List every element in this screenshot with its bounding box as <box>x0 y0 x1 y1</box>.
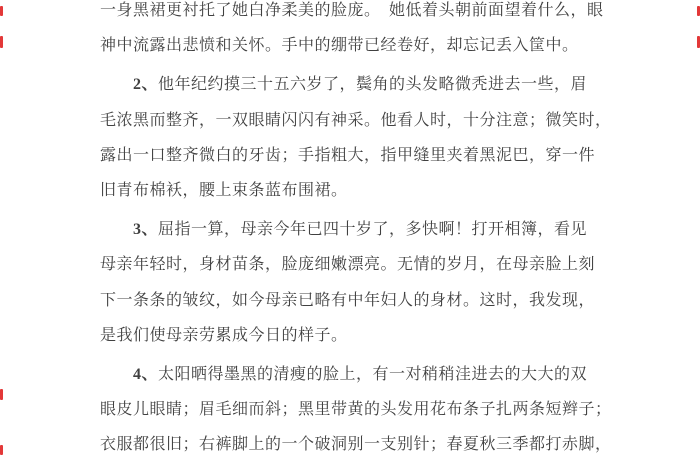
red-edge-artifact <box>0 389 3 400</box>
red-edge-artifact <box>0 6 3 16</box>
text-line: 2、他年纪约摸三十五六岁了，鬓角的头发略微秃进去一些，眉 <box>100 67 625 102</box>
line-text: 太阳晒得墨黑的清瘦的脸上，有一对稍稍洼进去的大大的双 <box>158 366 587 383</box>
text-line: 眼皮儿眼睛；眉毛细而斜；黑里带黄的头发用花布条子扎两条短辫子； <box>100 392 625 427</box>
text-line: 3、屈指一算，母亲今年已四十岁了，多快啊！打开相簿，看见 <box>100 212 625 247</box>
line-text: 一身黑裙更衬托了她白净柔美的脸庞。 她低着头朝前面望着什么，眼 <box>100 2 604 19</box>
line-text: 神中流露出悲愤和关怀。手中的绷带已经卷好，却忘记丢入筐中。 <box>100 37 579 54</box>
paragraph: 2、他年纪约摸三十五六岁了，鬓角的头发略微秃进去一些，眉毛浓黑而整齐，一双眼睛闪… <box>100 67 625 208</box>
line-text: 下一条条的皱纹，如今母亲已略有中年妇人的身材。这时，我发现， <box>100 292 595 309</box>
document-content: 一身黑裙更衬托了她白净柔美的脸庞。 她低着头朝前面望着什么，眼神中流露出悲愤和关… <box>100 0 625 466</box>
list-number: 2、 <box>133 76 158 93</box>
list-number: 4、 <box>133 366 158 383</box>
document-page: 一身黑裙更衬托了她白净柔美的脸庞。 她低着头朝前面望着什么，眼神中流露出悲愤和关… <box>0 0 700 470</box>
text-line: 母亲年轻时，身材苗条，脸庞细嫩漂亮。无情的岁月，在母亲脸上刻 <box>100 247 625 282</box>
line-text: 是我们使母亲劳累成今日的样子。 <box>100 327 348 344</box>
line-text: 屈指一算，母亲今年已四十岁了，多快啊！打开相簿，看见 <box>158 221 587 238</box>
red-edge-artifact <box>0 36 3 48</box>
line-text: 旧青布棉袄，腰上束条蓝布围裙。 <box>100 182 348 199</box>
line-text: 毛浓黑而整齐，一双眼睛闪闪有神采。他看人时，十分注意；微笑时， <box>100 112 612 129</box>
paragraph: 4、太阳晒得墨黑的清瘦的脸上，有一对稍稍洼进去的大大的双眼皮儿眼睛；眉毛细而斜；… <box>100 357 625 463</box>
paragraph: 3、屈指一算，母亲今年已四十岁了，多快啊！打开相簿，看见母亲年轻时，身材苗条，脸… <box>100 212 625 353</box>
line-text: 衣服都很旧；右裤脚上的一个破洞别一支别针；春夏秋三季都打赤脚， <box>100 436 612 453</box>
text-line: 下一条条的皱纹，如今母亲已略有中年妇人的身材。这时，我发现， <box>100 283 625 318</box>
line-text: 露出一口整齐微白的牙齿；手指粗大，指甲缝里夹着黑泥巴，穿一件 <box>100 147 595 164</box>
text-line: 衣服都很旧；右裤脚上的一个破洞别一支别针；春夏秋三季都打赤脚， <box>100 427 625 462</box>
line-text: 母亲年轻时，身材苗条，脸庞细嫩漂亮。无情的岁月，在母亲脸上刻 <box>100 256 595 273</box>
text-line: 4、太阳晒得墨黑的清瘦的脸上，有一对稍稍洼进去的大大的双 <box>100 357 625 392</box>
text-line: 一身黑裙更衬托了她白净柔美的脸庞。 她低着头朝前面望着什么，眼 <box>100 0 625 28</box>
line-text: 他年纪约摸三十五六岁了，鬓角的头发略微秃进去一些，眉 <box>158 76 587 93</box>
text-line: 神中流露出悲愤和关怀。手中的绷带已经卷好，却忘记丢入筐中。 <box>100 28 625 63</box>
paragraph: 一身黑裙更衬托了她白净柔美的脸庞。 她低着头朝前面望着什么，眼神中流露出悲愤和关… <box>100 0 625 63</box>
red-edge-artifact <box>0 445 3 455</box>
text-line: 露出一口整齐微白的牙齿；手指粗大，指甲缝里夹着黑泥巴，穿一件 <box>100 138 625 173</box>
text-line: 旧青布棉袄，腰上束条蓝布围裙。 <box>100 173 625 208</box>
line-text: 眼皮儿眼睛；眉毛细而斜；黑里带黄的头发用花布条子扎两条短辫子； <box>100 401 612 418</box>
text-line: 是我们使母亲劳累成今日的样子。 <box>100 318 625 353</box>
list-number: 3、 <box>133 221 158 238</box>
text-line: 毛浓黑而整齐，一双眼睛闪闪有神采。他看人时，十分注意；微笑时， <box>100 103 625 138</box>
